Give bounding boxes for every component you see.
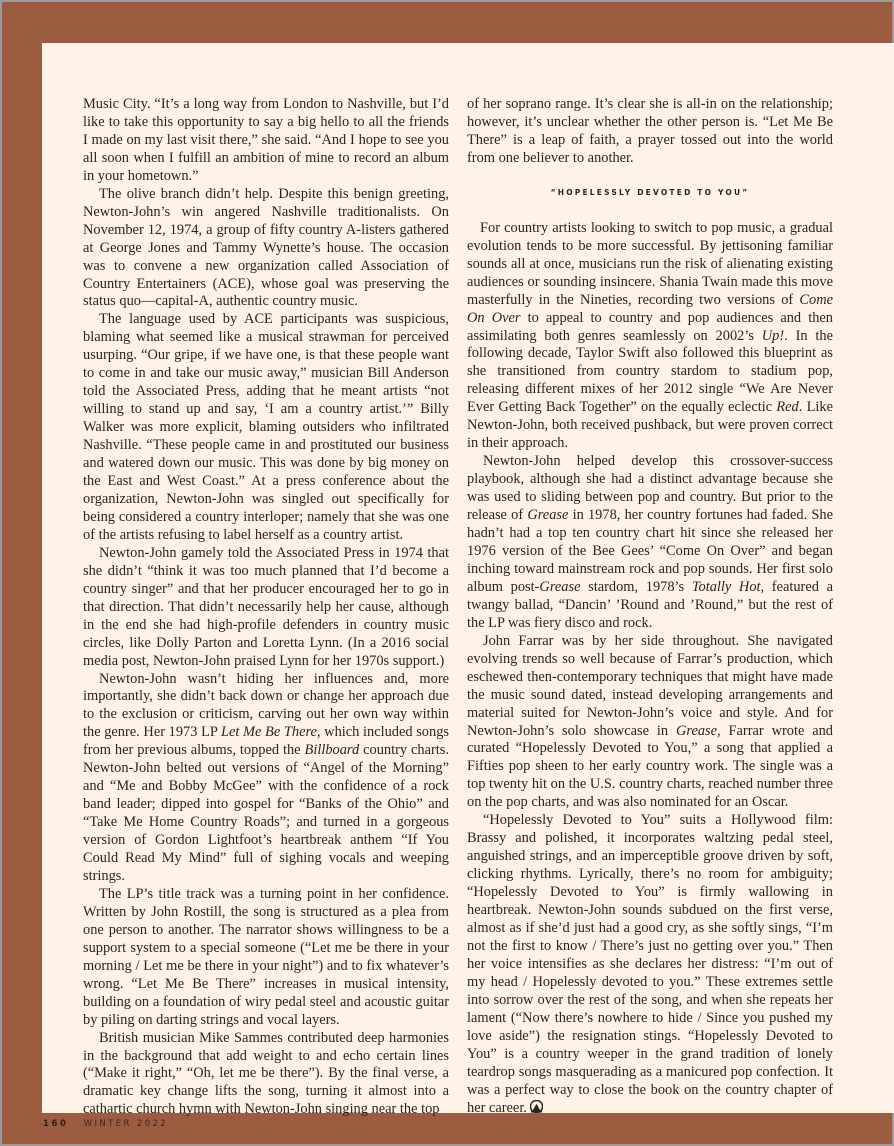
paragraph: For country artists looking to switch to… — [467, 220, 833, 453]
paragraph: “Hopelessly Devoted to You” suits a Holl… — [467, 812, 833, 1117]
page-frame: Music City. “It’s a long way from London… — [2, 2, 892, 1144]
paragraph: Music City. “It’s a long way from London… — [83, 96, 449, 186]
paragraph: The LP’s title track was a turning point… — [83, 886, 449, 1030]
paragraph: Newton-John gamely told the Associated P… — [83, 545, 449, 671]
paragraph: John Farrar was by her side throughout. … — [467, 633, 833, 813]
publication-title: Billboard — [305, 742, 360, 758]
article-page: Music City. “It’s a long way from London… — [42, 43, 894, 1113]
paragraph: Newton-John helped develop this crossove… — [467, 453, 833, 633]
section-heading: “HOPELESSLY DEVOTED TO YOU” — [467, 187, 833, 199]
left-column: Music City. “It’s a long way from London… — [83, 96, 449, 1119]
paragraph: of her soprano range. It’s clear she is … — [467, 96, 833, 168]
page-footer: 160 WINTER 2022 — [43, 1119, 168, 1129]
end-of-article-mark-icon — [530, 1100, 543, 1113]
page-number: 160 — [43, 1119, 69, 1129]
paragraph: Newton-John wasn’t hiding her influences… — [83, 671, 449, 886]
paragraph: The language used by ACE participants wa… — [83, 311, 449, 544]
paragraph: The olive branch didn’t help. Despite th… — [83, 186, 449, 312]
paragraph: British musician Mike Sammes contributed… — [83, 1030, 449, 1120]
album-title: Let Me Be There — [221, 724, 317, 740]
issue-label: WINTER 2022 — [84, 1119, 168, 1129]
right-column: of her soprano range. It’s clear she is … — [467, 96, 833, 1117]
